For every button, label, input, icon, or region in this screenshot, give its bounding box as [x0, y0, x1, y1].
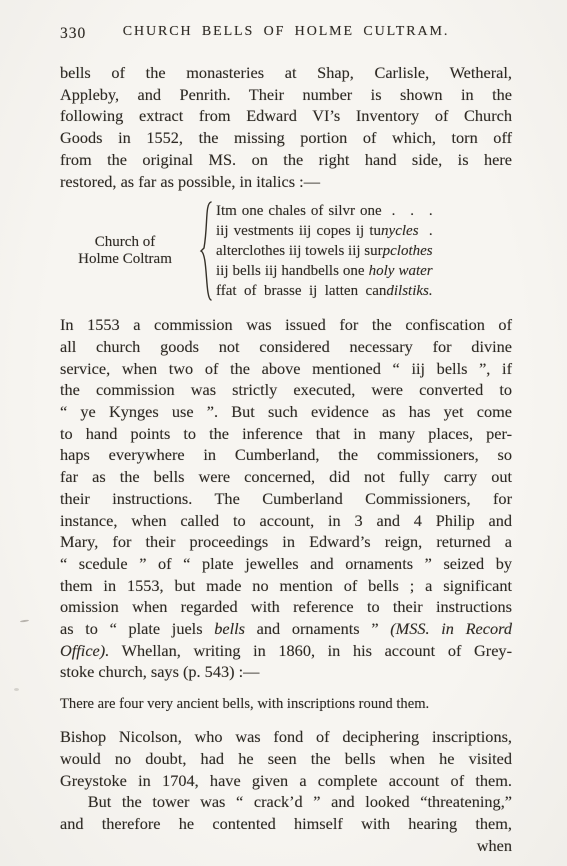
page-header: 330 CHURCH BELLS OF HOLME CULTRAM. [60, 24, 512, 44]
text-segment: restored, as far as possible, in italics… [60, 172, 320, 191]
whellan-quotation: There are four very ancient bells, with … [60, 694, 512, 714]
scan-speck [20, 619, 29, 622]
text-line: following extract from Edward VI’s Inven… [60, 105, 512, 127]
text-line: omission when regarded with reference to… [60, 596, 512, 618]
text-segment: Bishop Nicolson, who was fond of deciphe… [60, 727, 512, 746]
text-segment: alterclothes iij towels iij sur [216, 243, 383, 259]
text-segment: “ ye Kynges use ”. But such evidence as … [60, 402, 512, 421]
italic-text-segment: Office). [60, 641, 109, 660]
text-line: iij bells iij handbells one holy water [216, 261, 433, 281]
text-segment: from the original MS. on the right hand … [60, 150, 512, 169]
text-line: In 1553 a commission was issued for the … [60, 314, 512, 336]
text-line: haps everywhere in Cumberland, the commi… [60, 444, 512, 466]
text-segment: omission when regarded with reference to… [60, 597, 512, 616]
text-segment: Itm one chales of silvr one . . . [216, 203, 433, 219]
paragraph-intro: bells of the monasteries at Shap, Carlis… [60, 62, 512, 192]
text-segment: In 1553 a commission was issued for the … [60, 315, 512, 334]
text-line: would no doubt, had he seen the bells wh… [60, 748, 512, 770]
text-segment: would no doubt, had he seen the bells wh… [60, 749, 512, 768]
text-line: “ scedule ” of “ plate jewelles and orna… [60, 553, 512, 575]
text-segment: instance, when called to account, in 3 a… [60, 511, 512, 530]
text-line: when [60, 835, 512, 857]
text-segment: to hand points to the inference that in … [60, 424, 512, 443]
text-line: Goods in 1552, the missing portion of wh… [60, 127, 512, 149]
text-line: all church goods not considered necessar… [60, 336, 512, 358]
text-line: Greystoke in 1704, have given a complete… [60, 770, 512, 792]
text-segment: bells of the monasteries at Shap, Carlis… [60, 63, 512, 82]
text-segment: Greystoke in 1704, have given a complete… [60, 771, 512, 790]
text-line: instance, when called to account, in 3 a… [60, 510, 512, 532]
text-segment: Appleby, and Penrith. Their number is sh… [60, 85, 512, 104]
text-line: service, when two of the above mentioned… [60, 358, 512, 380]
text-segment: and therefore he contented himself with … [60, 814, 512, 833]
text-line: Mary, for their proceedings in Edward’s … [60, 531, 512, 553]
text-line: Itm one chales of silvr one . . . [216, 201, 433, 221]
text-line: as to “ plate juels bells and ornaments … [60, 618, 512, 640]
paragraph-commission: In 1553 a commission was issued for the … [60, 314, 512, 683]
book-page: 330 CHURCH BELLS OF HOLME CULTRAM. bells… [0, 0, 567, 866]
inventory-extract: Church of Holme Coltram Itm one chales o… [60, 200, 512, 302]
text-segment: when [477, 836, 512, 855]
text-line: But the tower was “ crack’d ” and looked… [60, 791, 512, 813]
brace-icon [198, 201, 213, 301]
text-line: restored, as far as possible, in italics… [60, 171, 512, 193]
scan-speck [14, 688, 19, 691]
text-line: far as the bells were concerned, did not… [60, 466, 512, 488]
text-line: Appleby, and Penrith. Their number is sh… [60, 84, 512, 106]
text-segment: iij bells iij handbells one [216, 263, 369, 279]
text-segment: Mary, for their proceedings in Edward’s … [60, 532, 512, 551]
text-segment: Whellan, writing in 1860, in his account… [109, 641, 512, 660]
extract-text-lines: Itm one chales of silvr one . . .iij ves… [216, 201, 433, 301]
text-segment: far as the bells were concerned, did not… [60, 467, 512, 486]
text-segment: stoke church, says (p. 543) :— [60, 662, 259, 681]
text-segment: them in 1553, but made no mention of bel… [60, 576, 512, 595]
italic-text-segment: nycles [381, 223, 418, 239]
extract-label-line: Holme Coltram [60, 251, 190, 269]
text-segment: iij vestments iij copes ij tu [216, 223, 381, 239]
text-segment: following extract from Edward VI’s Inven… [60, 106, 512, 125]
extract-source-label: Church of Holme Coltram [60, 234, 190, 269]
text-line: their instructions. The Cumberland Commi… [60, 488, 512, 510]
text-line: the commission was strictly executed, we… [60, 379, 512, 401]
paragraph-nicolson: Bishop Nicolson, who was fond of deciphe… [60, 726, 512, 856]
italic-text-segment: pclothes [383, 243, 433, 259]
text-line: bells of the monasteries at Shap, Carlis… [60, 62, 512, 84]
italic-text-segment: (MSS. in Record [390, 619, 512, 638]
text-segment: ffat of brasse ij latten can [216, 283, 386, 299]
italic-text-segment: dilstiks. [386, 283, 432, 299]
text-segment: haps everywhere in Cumberland, the commi… [60, 445, 512, 464]
italic-text-segment: bells [214, 619, 245, 638]
text-segment: “ scedule ” of “ plate jewelles and orna… [60, 554, 512, 573]
text-segment: all church goods not considered necessar… [60, 337, 512, 356]
text-line: “ ye Kynges use ”. But such evidence as … [60, 401, 512, 423]
text-line: ffat of brasse ij latten candilstiks. [216, 281, 433, 301]
text-line: alterclothes iij towels iij surpclothes [216, 241, 433, 261]
text-line: and therefore he contented himself with … [60, 813, 512, 835]
text-line: from the original MS. on the right hand … [60, 149, 512, 171]
text-line: Bishop Nicolson, who was fond of deciphe… [60, 726, 512, 748]
page-number: 330 [60, 25, 86, 43]
text-line: stoke church, says (p. 543) :— [60, 661, 512, 683]
italic-text-segment: holy water [369, 263, 433, 279]
text-segment: service, when two of the above mentioned… [60, 359, 512, 378]
text-segment: . [419, 223, 433, 239]
text-segment: the commission was strictly executed, we… [60, 380, 512, 399]
running-title: CHURCH BELLS OF HOLME CULTRAM. [60, 24, 512, 40]
text-line: Office). Whellan, writing in 1860, in hi… [60, 640, 512, 662]
text-line: iij vestments iij copes ij tunycles . [216, 221, 433, 241]
text-segment: But the tower was “ crack’d ” and looked… [88, 792, 512, 811]
text-line: them in 1553, but made no mention of bel… [60, 575, 512, 597]
text-segment: their instructions. The Cumberland Commi… [60, 489, 512, 508]
extract-label-line: Church of [60, 234, 190, 252]
text-segment: Goods in 1552, the missing portion of wh… [60, 128, 512, 147]
text-segment: and ornaments ” [245, 619, 390, 638]
text-line: to hand points to the inference that in … [60, 423, 512, 445]
text-segment: as to “ plate juels [60, 619, 214, 638]
